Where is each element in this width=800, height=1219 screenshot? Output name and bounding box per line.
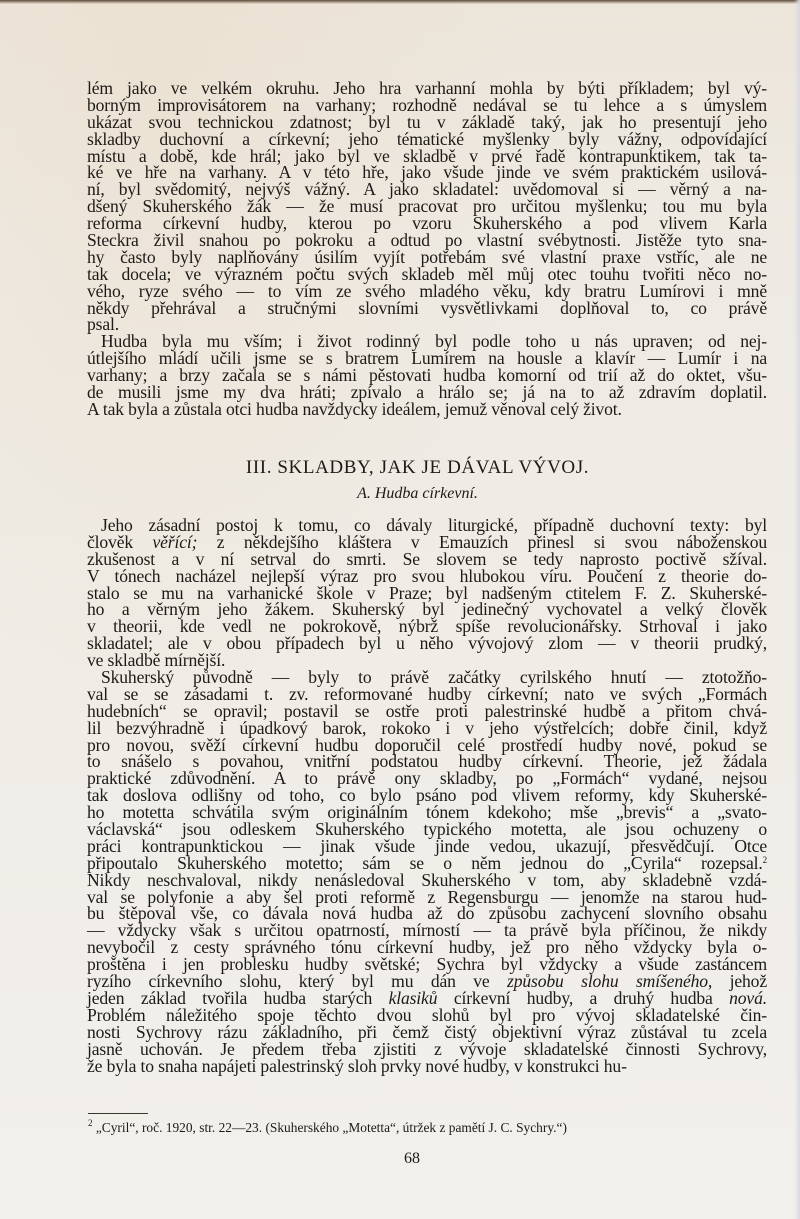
paragraph-4: Skuherský původně — byly to právě začátk… [87, 669, 767, 1074]
footnote-marker: 2 [88, 1118, 93, 1128]
text-line: jasně uchován. Je předem třeba zjistiti … [87, 1041, 767, 1058]
section-title: III. SKLADBY, JAK JE DÁVAL VÝVOJ. [0, 457, 800, 479]
body-text-top: lém jako ve velkém okruhu. Jeho hra varh… [87, 80, 767, 418]
footnote: 2 „Cyril“, roč. 1920, str. 22—23. (Skuhe… [88, 1120, 768, 1136]
footnote-divider [88, 1113, 148, 1114]
paragraph-1: lém jako ve velkém okruhu. Jeho hra varh… [87, 80, 767, 333]
subsection-title: A. Hudba církevní. [0, 485, 800, 503]
page-top-edge [0, 0, 800, 4]
footnote-text: „Cyril“, roč. 1920, str. 22—23. (Skuhers… [96, 1120, 567, 1135]
text-line: že byla to snaha napájeti palestrinský s… [87, 1058, 767, 1075]
page-number: 68 [0, 1150, 800, 1168]
text-line: A tak byla a zůstala otci hudba navždyck… [87, 401, 767, 418]
text-line: někdy přehrával a stručnými slovními vys… [87, 300, 767, 317]
scanned-page: lém jako ve velkém okruhu. Jeho hra varh… [0, 0, 800, 1219]
paragraph-2: Hudba byla mu vším; i život rodinný byl … [87, 333, 767, 417]
body-text-bottom: Jeho zásadní postoj k tomu, co dávaly li… [87, 517, 767, 1074]
page-right-edge [794, 0, 800, 1219]
paragraph-3: Jeho zásadní postoj k tomu, co dávaly li… [87, 517, 767, 669]
